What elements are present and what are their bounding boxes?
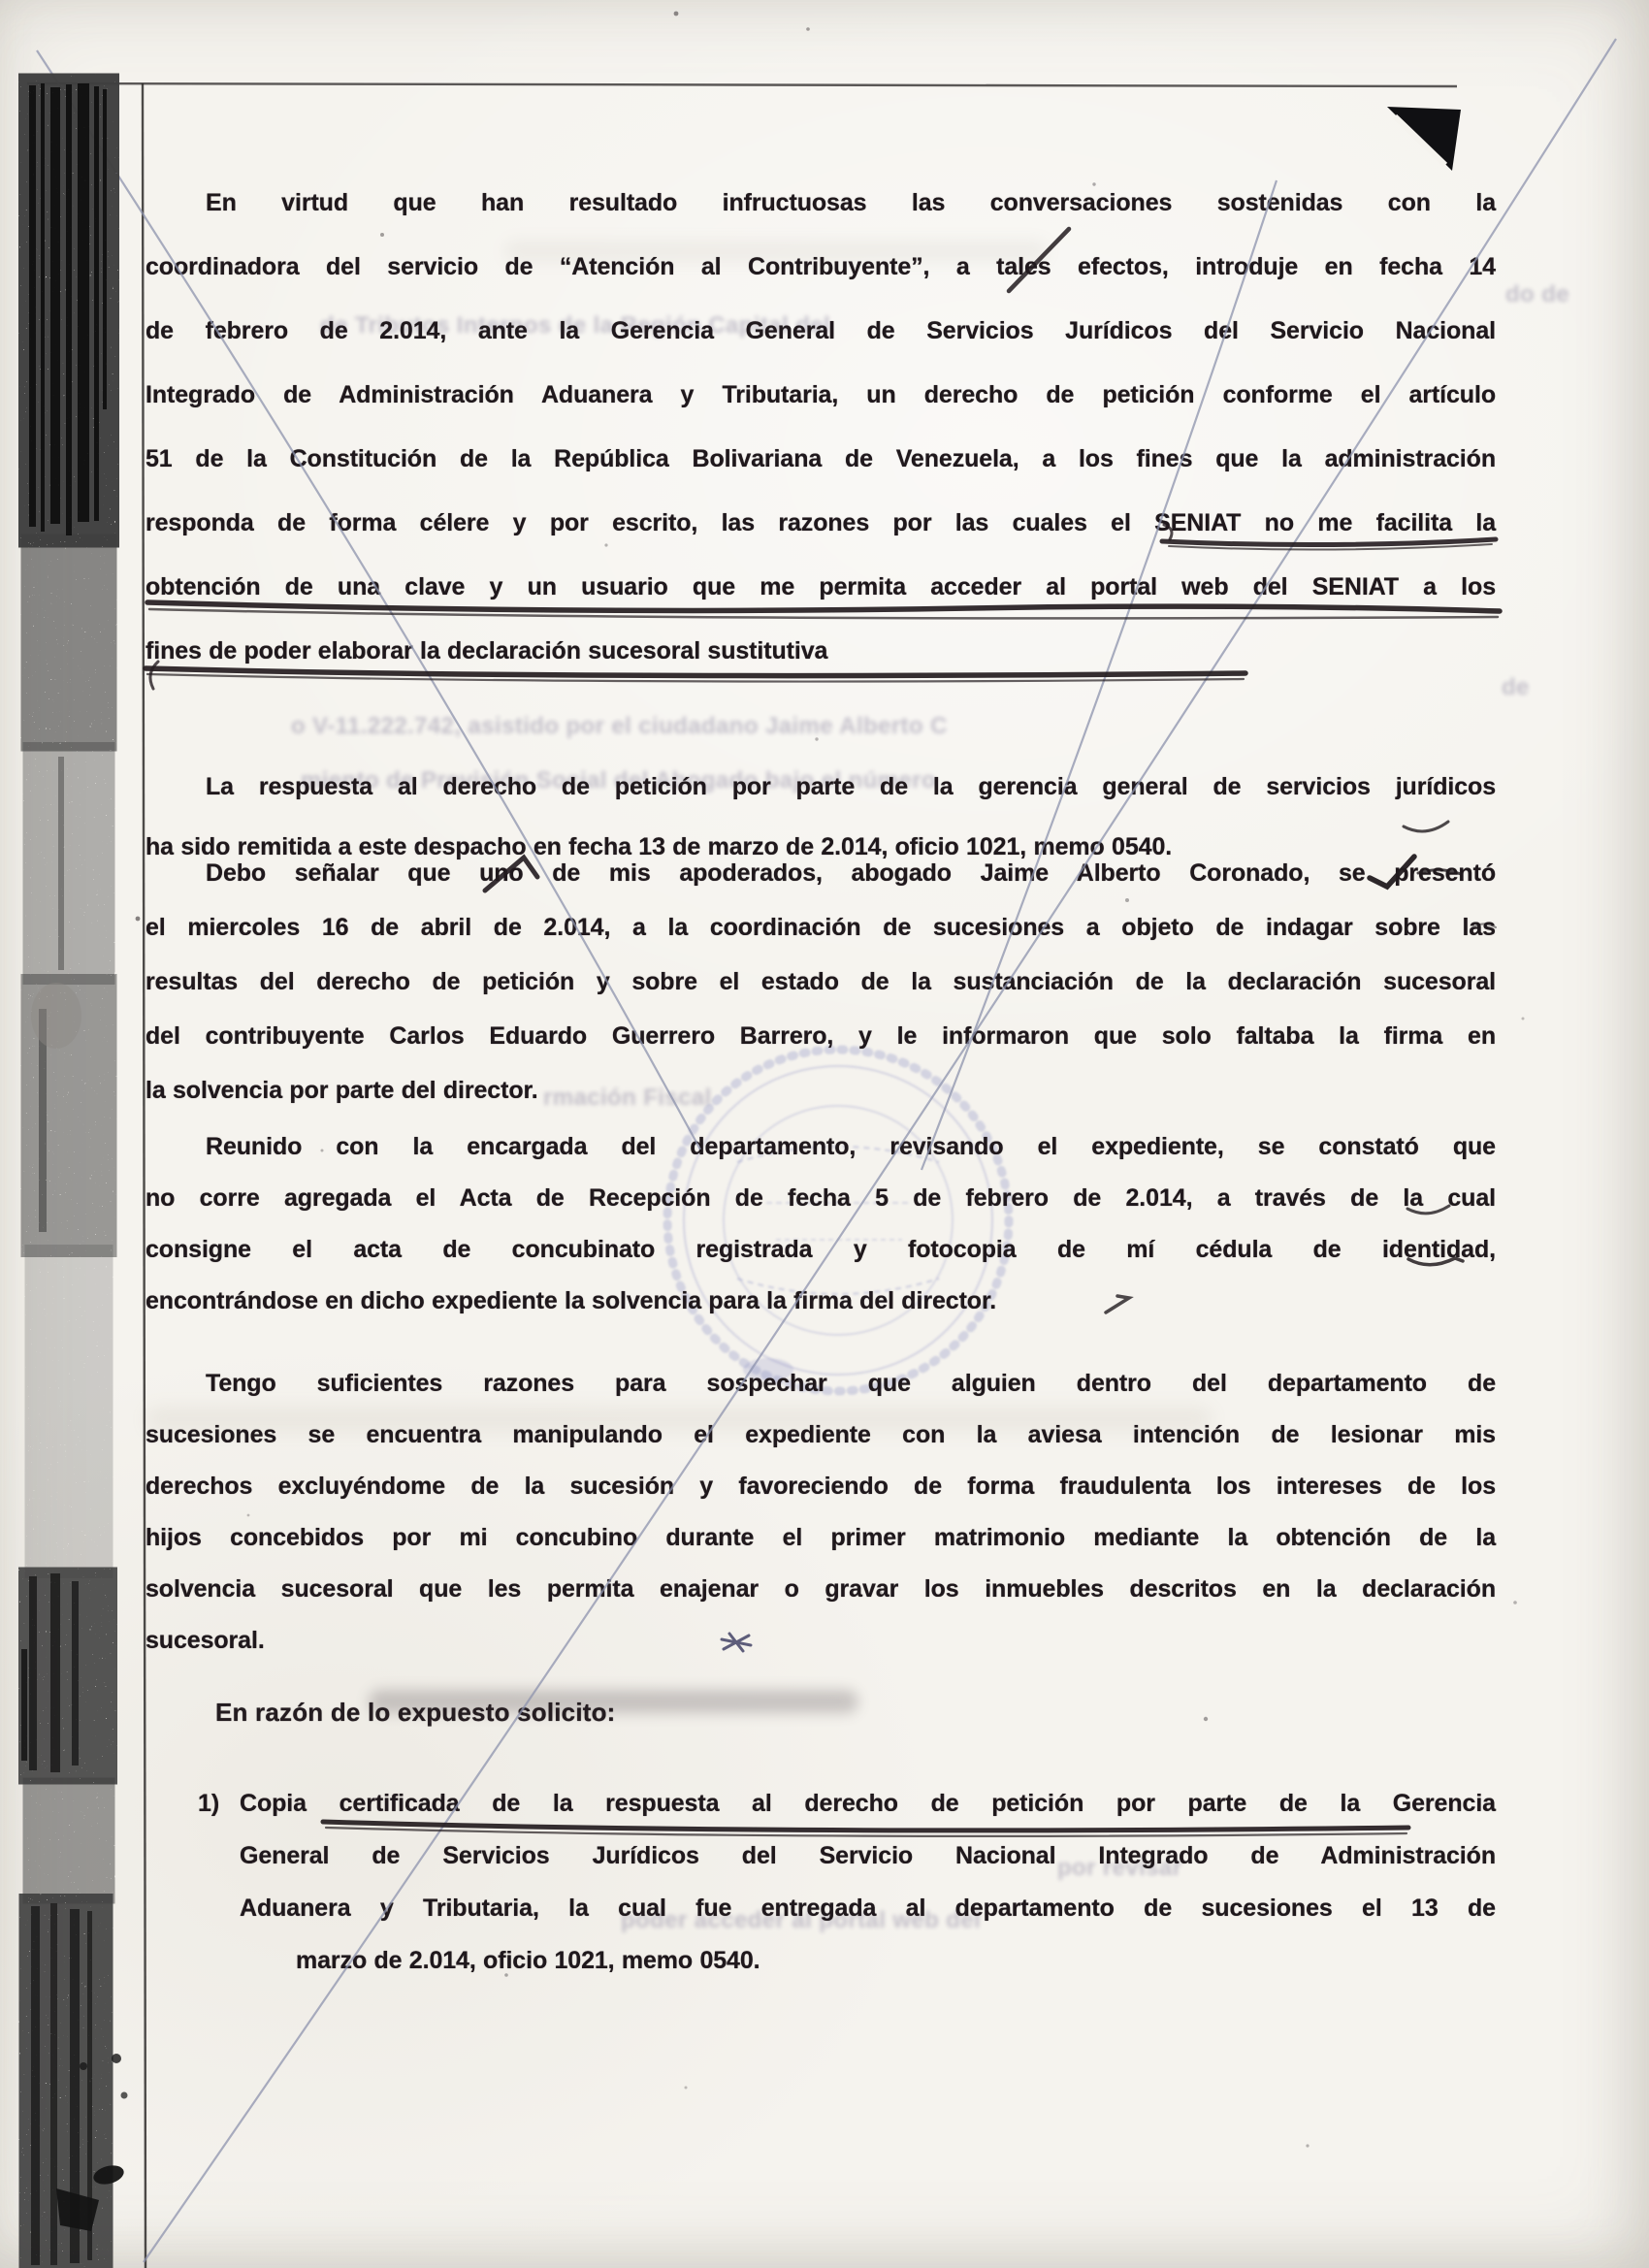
text-line: General de Servicios Jurídicos del Servi… [240, 1830, 1496, 1882]
paragraph-5: Tengo suficientes razones para sospechar… [145, 1358, 1496, 1667]
text-line: hijos concebidos por mi concubino durant… [145, 1512, 1496, 1564]
text-line: 51 de la Constitución de la República Bo… [145, 427, 1496, 491]
scanned-document-page: de Tributos Internos de la Región Capita… [0, 0, 1649, 2268]
petition-heading: En razón de lo expuesto solicito: [215, 1698, 616, 1728]
paragraph-4: Reunido con la encargada del departament… [145, 1121, 1496, 1327]
paragraph-3: Debo señalar que uno de mis apoderados, … [145, 846, 1496, 1118]
text-line: fines de poder elaborar la declaración s… [145, 619, 1496, 683]
text-line: marzo de 2.014, oficio 1021, memo 0540. [240, 1934, 1496, 1987]
text-line: Copia certificada de la respuesta al der… [240, 1777, 1496, 1830]
text-line: el miercoles 16 de abril de 2.014, a la … [145, 900, 1496, 955]
text-line: La respuesta al derecho de petición por … [145, 757, 1496, 817]
text-line: Reunido con la encargada del departament… [145, 1121, 1496, 1173]
text-line: coordinadora del servicio de “Atención a… [145, 235, 1496, 299]
text-line: la solvencia por parte del director. [145, 1063, 1496, 1118]
text-line: obtención de una clave y un usuario que … [145, 555, 1496, 619]
text-line: sucesiones se encuentra manipulando el e… [145, 1409, 1496, 1461]
text-line: solvencia sucesoral que les permita enaj… [145, 1564, 1496, 1615]
list-item-number: 1) [198, 1777, 219, 1830]
text-line: Tengo suficientes razones para sospechar… [145, 1358, 1496, 1409]
text-line: encontrándose en dicho expediente la sol… [145, 1276, 1496, 1327]
text-line: de febrero de 2.014, ante la Gerencia Ge… [145, 299, 1496, 363]
text-line: derechos excluyéndome de la sucesión y f… [145, 1461, 1496, 1512]
text-line: Debo señalar que uno de mis apoderados, … [145, 846, 1496, 900]
text-line: responda de forma célere y por escrito, … [145, 491, 1496, 555]
text-line: del contribuyente Carlos Eduardo Guerrer… [145, 1009, 1496, 1063]
paragraph-1: En virtud que han resultado infructuosas… [145, 171, 1496, 683]
text-line: En virtud que han resultado infructuosas… [145, 171, 1496, 235]
text-line: resultas del derecho de petición y sobre… [145, 955, 1496, 1009]
text-line: sucesoral. [145, 1615, 1496, 1667]
text-line: Aduanera y Tributaria, la cual fue entre… [240, 1882, 1496, 1934]
list-item-1: Copia certificada de la respuesta al der… [240, 1777, 1496, 1987]
text-line: consigne el acta de concubinato registra… [145, 1224, 1496, 1276]
text-line: Integrado de Administración Aduanera y T… [145, 363, 1496, 427]
text-line: no corre agregada el Acta de Recepción d… [145, 1173, 1496, 1224]
document-body: En virtud que han resultado infructuosas… [0, 0, 1649, 2268]
